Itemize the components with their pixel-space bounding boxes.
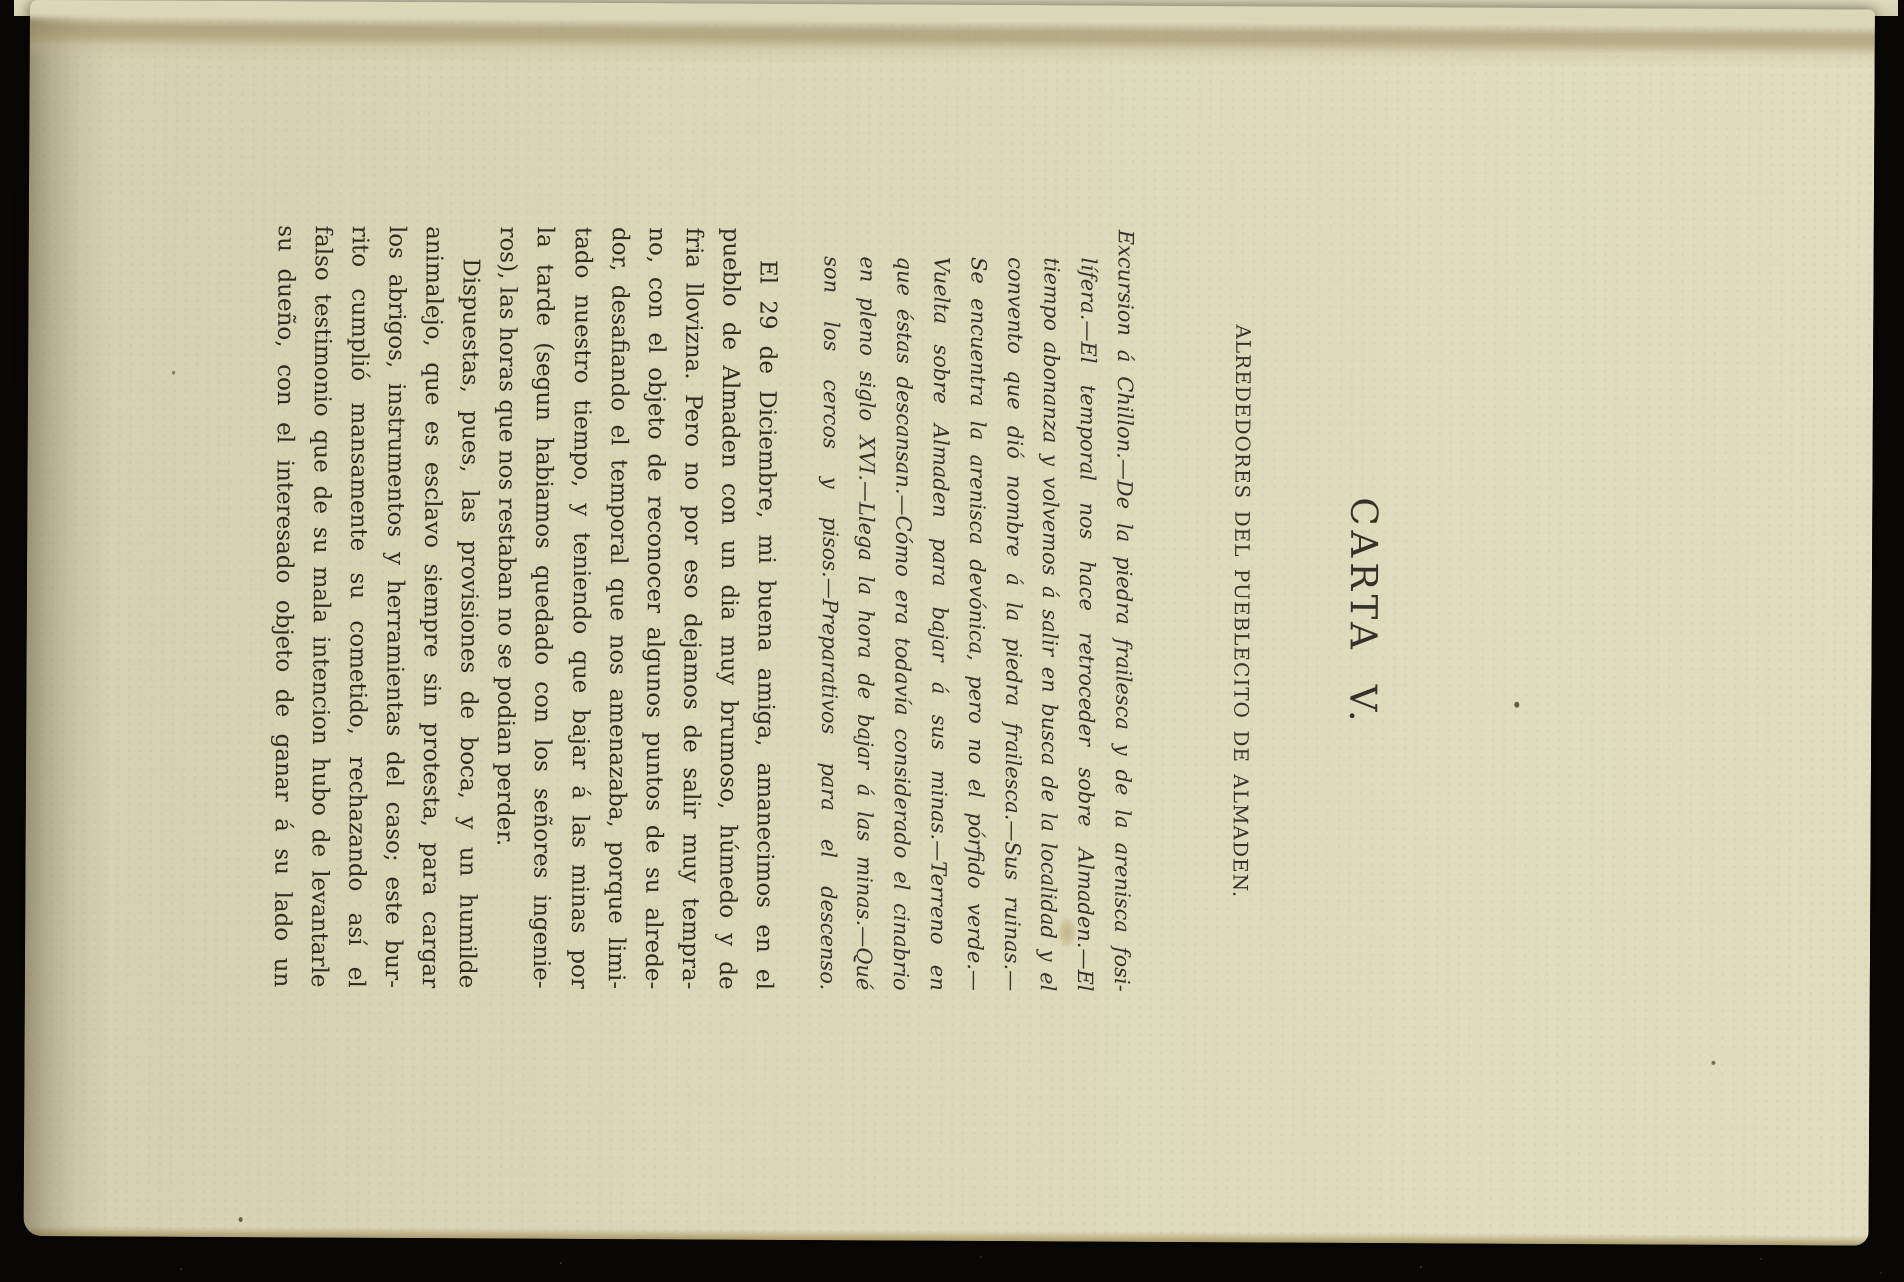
body-text: El 29 de Diciembre, mi buena amiga, aman… <box>263 225 786 990</box>
chapter-summary: Excursion á Chillon.—De la piedra fraile… <box>809 228 1144 992</box>
text-line: dor, desafiando el temporal que nos amen… <box>596 227 637 989</box>
text-line: rito cumplió mansamente su cometido, rec… <box>337 226 378 988</box>
text-line: su dueño, con el interesado objeto de ga… <box>263 225 304 987</box>
text-line: falso testimonio que de su mala intencio… <box>300 225 341 987</box>
text-line: la tarde (segun habiamos quedado con los… <box>522 227 563 989</box>
paragraph: Dispuestas, pues, las provisiones de boc… <box>263 225 490 988</box>
page-title: CARTA V. <box>1339 231 1387 993</box>
summary-line: que éstas descansan.—Cómo era todavía co… <box>882 228 923 990</box>
paper-speck <box>1514 702 1519 708</box>
text-line: pueblo de Almaden con un dia muy brumoso… <box>708 228 749 990</box>
text-line: El 29 de Diciembre, mi buena amiga, aman… <box>745 228 786 990</box>
text-line: tado nuestro tiempo, y teniendo que baja… <box>559 227 600 989</box>
text-line: Dispuestas, pues, las provisiones de boc… <box>448 226 489 988</box>
summary-line: Excursion á Chillon.—De la piedra fraile… <box>1103 230 1144 992</box>
dust-speck <box>560 1262 562 1264</box>
text-line: fria llovizna. Pero no por eso dejamos d… <box>671 227 712 989</box>
paper-speck <box>239 1217 243 1222</box>
paper-speck <box>172 371 175 375</box>
text-line: animalejo, que es esclavo siempre sin pr… <box>411 226 452 988</box>
paper-stain <box>1058 917 1076 947</box>
summary-line: en pleno siglo XVI.—Llega la hora de baj… <box>845 228 886 990</box>
book-page: CARTA V. ALREDEDORES DEL PUEBLECITO DE A… <box>24 0 1875 1246</box>
summary-line: tiempo abonanza y volvemos á salir en bu… <box>1029 229 1070 991</box>
text-line: los abrigos, instrumentos y herramientas… <box>374 226 415 988</box>
paragraph: El 29 de Diciembre, mi buena amiga, aman… <box>485 226 786 990</box>
text-line: no, con el objeto de reconocer algunos p… <box>633 227 674 989</box>
scanned-book-photo: { "page": { "header": { "title": "CARTA … <box>0 0 1904 1282</box>
summary-line: Se encuentra la arenisca devónica, pero … <box>956 229 997 991</box>
summary-line: Vuelta sobre Almaden para bajar á sus mi… <box>919 229 960 991</box>
summary-line: son los cercos y pisos.—Preparativos par… <box>809 228 850 990</box>
page-subtitle: ALREDEDORES DEL PUEBLECITO DE ALMADEN. <box>1226 230 1258 992</box>
summary-line: convento que dió nombre á la piedra frai… <box>993 229 1034 991</box>
text-line: ros), las horas que nos restaban no se p… <box>485 226 526 988</box>
summary-line: lífera.—El temporal nos hace retroceder … <box>1066 229 1107 991</box>
paper-speck <box>1711 1061 1715 1065</box>
